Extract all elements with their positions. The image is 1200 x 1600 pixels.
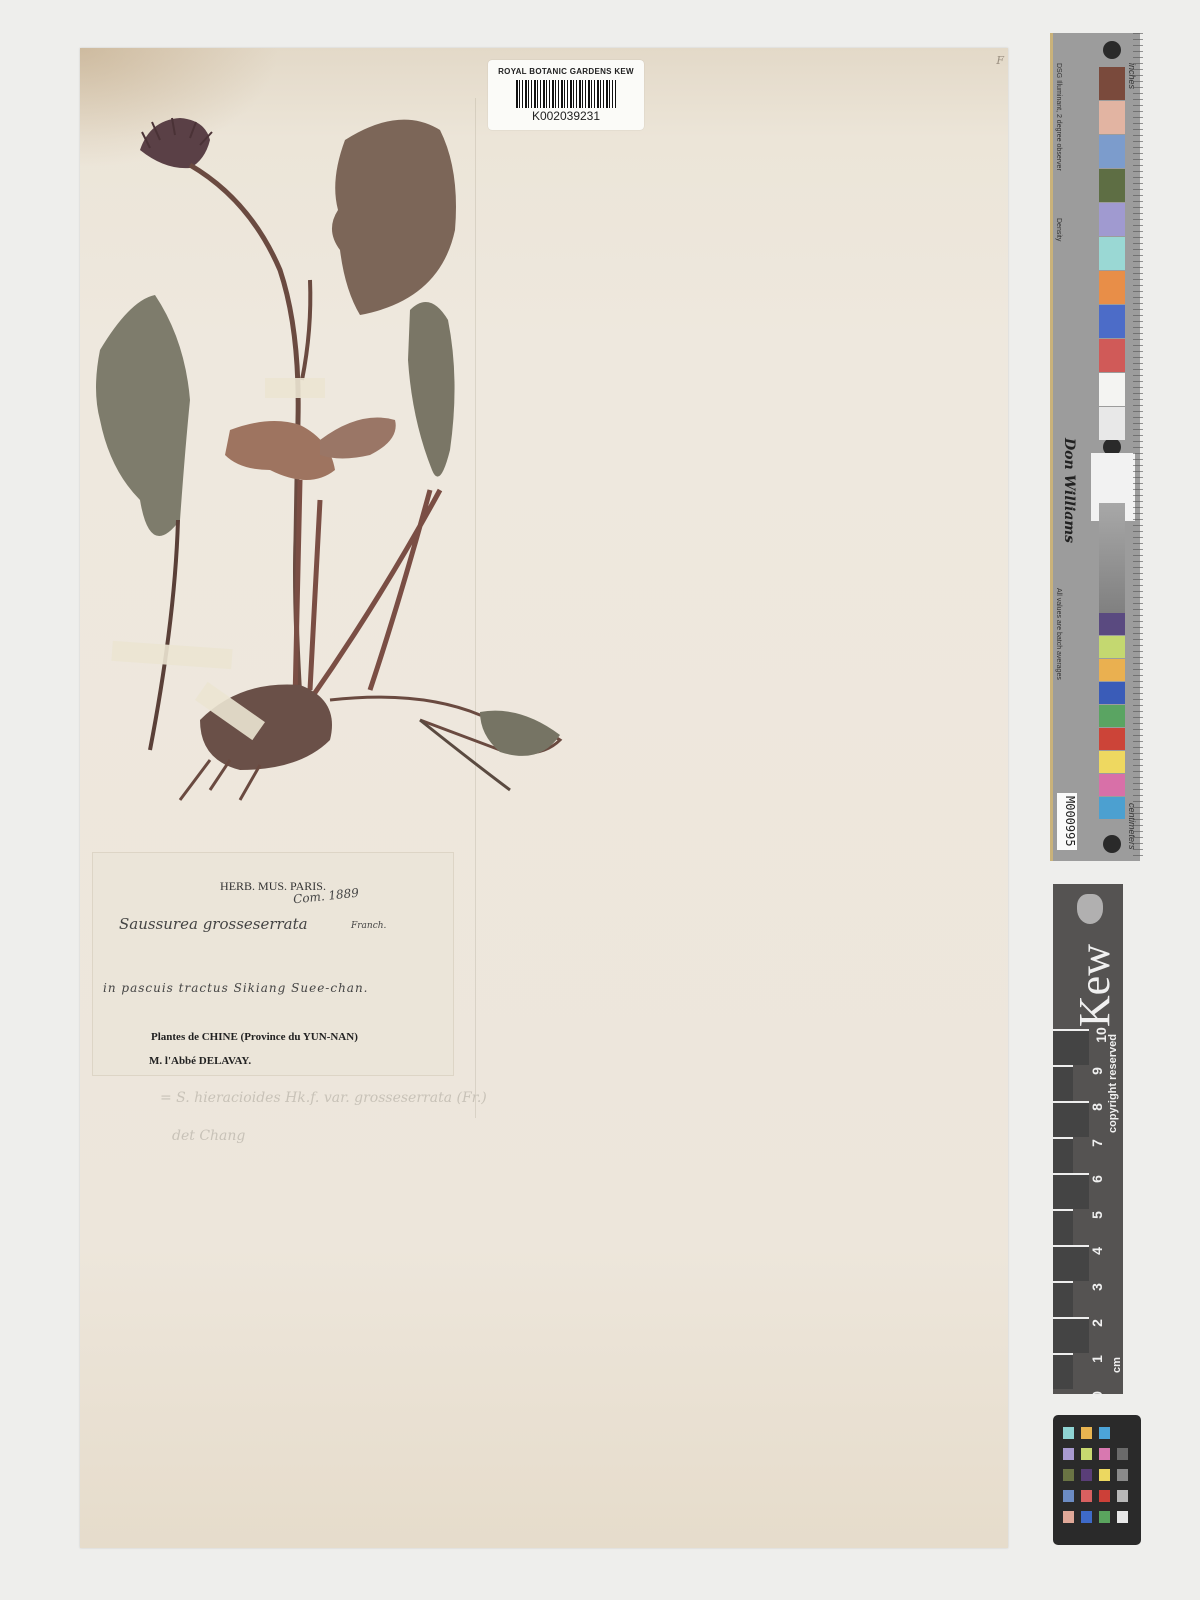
color-chip bbox=[1081, 1469, 1092, 1481]
color-patch bbox=[1099, 305, 1125, 338]
scale-number: 4 bbox=[1089, 1247, 1105, 1255]
color-chip bbox=[1063, 1427, 1074, 1439]
color-patch bbox=[1099, 751, 1125, 773]
collection-region: Plantes de CHINE (Province du YUN-NAN) bbox=[151, 1031, 358, 1043]
gray-patches bbox=[1099, 503, 1125, 613]
color-chip bbox=[1099, 1469, 1110, 1481]
color-chip bbox=[1063, 1448, 1074, 1460]
sheet-fold-line bbox=[475, 98, 476, 1118]
color-patch bbox=[1099, 373, 1125, 406]
color-patches-lower bbox=[1099, 613, 1125, 820]
color-chip bbox=[1099, 1511, 1110, 1523]
color-patch bbox=[1099, 339, 1125, 372]
color-patch bbox=[1099, 101, 1125, 134]
kew-crest-icon bbox=[1077, 894, 1103, 924]
scale-number: 5 bbox=[1089, 1211, 1105, 1219]
color-chip bbox=[1081, 1448, 1092, 1460]
ruler-brand: Don Williams bbox=[1061, 438, 1077, 543]
color-patch bbox=[1099, 659, 1125, 681]
institution-label: ROYAL BOTANIC GARDENS KEW bbox=[488, 67, 644, 76]
barcode-number: K002039231 bbox=[488, 109, 644, 123]
scale-number: 3 bbox=[1089, 1283, 1105, 1291]
species-authority: Franch. bbox=[351, 921, 386, 931]
color-chip bbox=[1117, 1511, 1128, 1523]
scale-segment bbox=[1053, 1173, 1089, 1209]
ruler-ticks bbox=[1133, 33, 1143, 861]
scale-number: 1 bbox=[1089, 1355, 1105, 1363]
locality: in pascuis tractus Sikiang Suee-chan. bbox=[103, 981, 369, 995]
color-patch bbox=[1099, 237, 1125, 270]
color-chip-grid bbox=[1063, 1427, 1128, 1523]
color-chip bbox=[1081, 1427, 1092, 1439]
color-chip bbox=[1117, 1427, 1128, 1439]
ruler-hole bbox=[1103, 41, 1121, 59]
scale-number: 6 bbox=[1089, 1175, 1105, 1183]
color-chip bbox=[1099, 1448, 1110, 1460]
scale-segment bbox=[1053, 1245, 1089, 1281]
scale-number: 9 bbox=[1089, 1067, 1105, 1075]
color-patch bbox=[1099, 135, 1125, 168]
specimen-label: HERB. MUS. PARIS. Com. 1889 Saussurea gr… bbox=[92, 852, 454, 1076]
scale-segment bbox=[1053, 1209, 1073, 1245]
color-chip bbox=[1117, 1448, 1128, 1460]
color-chip bbox=[1063, 1469, 1074, 1481]
color-patch bbox=[1099, 636, 1125, 658]
color-patch bbox=[1099, 613, 1125, 635]
color-chip bbox=[1117, 1490, 1128, 1502]
color-patch bbox=[1099, 271, 1125, 304]
determination-note: = S. hieracioides Hk.f. var. grosseserra… bbox=[160, 1090, 487, 1106]
color-calibration-ruler: inches DSG Illuminant, 2 degree observer… bbox=[1050, 33, 1140, 861]
color-patch bbox=[1099, 705, 1125, 727]
scale-segment bbox=[1053, 1029, 1089, 1065]
color-chip bbox=[1099, 1490, 1110, 1502]
scale-segment bbox=[1053, 1137, 1073, 1173]
collector: M. l'Abbé DELAVAY. bbox=[149, 1055, 251, 1067]
color-chip bbox=[1099, 1427, 1110, 1439]
scale-segment bbox=[1053, 1353, 1073, 1389]
color-chip bbox=[1081, 1511, 1092, 1523]
scale-number: 0 bbox=[1089, 1391, 1105, 1399]
batch-note: All values are batch averages bbox=[1055, 588, 1062, 680]
herbarium-sheet: F bbox=[80, 48, 1008, 1548]
color-patch bbox=[1099, 774, 1125, 796]
density-label: Density bbox=[1055, 218, 1062, 241]
herbarium-name: HERB. MUS. PARIS. bbox=[93, 879, 453, 894]
color-checker-card bbox=[1053, 1415, 1141, 1545]
scale-segment bbox=[1053, 1065, 1073, 1101]
scale-segment bbox=[1053, 1317, 1089, 1353]
scale-number: 2 bbox=[1089, 1319, 1105, 1327]
color-patch bbox=[1099, 407, 1125, 440]
ruler-serial: M000995 bbox=[1057, 793, 1077, 850]
color-patch bbox=[1099, 797, 1125, 819]
scale-number: 7 bbox=[1089, 1139, 1105, 1147]
color-chip bbox=[1117, 1469, 1128, 1481]
barcode-icon bbox=[516, 80, 616, 108]
color-patch bbox=[1099, 203, 1125, 236]
scale-segment bbox=[1053, 1101, 1089, 1137]
kew-logo: Kew bbox=[1069, 944, 1120, 1027]
species-name: Saussurea grosseserrata bbox=[119, 915, 308, 933]
scale-bars bbox=[1053, 1029, 1089, 1389]
color-patches-upper bbox=[1099, 67, 1125, 441]
scale-number: 8 bbox=[1089, 1103, 1105, 1111]
copyright-notice: copyright reserved bbox=[1107, 1034, 1119, 1133]
age-stain bbox=[80, 48, 280, 168]
scale-unit: cm bbox=[1111, 1357, 1123, 1373]
color-patch bbox=[1099, 169, 1125, 202]
color-chip bbox=[1081, 1490, 1092, 1502]
color-patch bbox=[1099, 682, 1125, 704]
kew-scale-bar: Kew 10 9 8 7 6 5 4 3 2 1 0 copyright res… bbox=[1053, 884, 1123, 1394]
color-patch bbox=[1099, 67, 1125, 100]
ruler-hole bbox=[1103, 835, 1121, 853]
determiner: det Chang bbox=[172, 1128, 245, 1144]
illuminant-note: DSG Illuminant, 2 degree observer bbox=[1055, 63, 1062, 171]
color-chip bbox=[1063, 1490, 1074, 1502]
scale-segment bbox=[1053, 1281, 1073, 1317]
color-chip bbox=[1063, 1511, 1074, 1523]
corner-mark: F bbox=[996, 54, 1004, 67]
color-patch bbox=[1099, 728, 1125, 750]
barcode-label: ROYAL BOTANIC GARDENS KEW K002039231 bbox=[488, 60, 644, 130]
